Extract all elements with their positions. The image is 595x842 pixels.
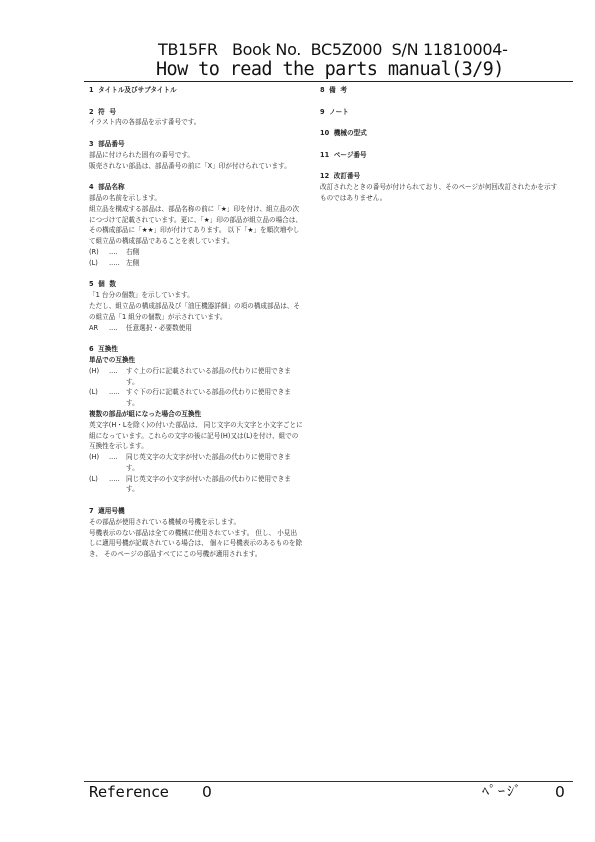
- section-1-title: 1 タイトル及びサブタイトル: [89, 85, 303, 96]
- section-5-entry-ar: AR .... 任意選択・必要数使用: [89, 323, 303, 334]
- entry-text: すぐ下の行に記載されている部品の代わりに使用できます。: [126, 387, 303, 409]
- section-3-text-2: 販売されない部品は、部品番号の前に「X」印が付けられています。: [89, 161, 303, 172]
- entry-dots: .....: [109, 387, 126, 409]
- header-divider: [84, 81, 573, 82]
- section-4-entry-r: (R) .... 右側: [89, 247, 303, 258]
- entry-text: 同じ英文字の大文字が付いた部品の代わりに使用できます。: [126, 452, 303, 474]
- entry-dots: ....: [109, 247, 126, 258]
- header-model-book-serial: TB15FR Book No. BC5Z000 S/N 11810004-: [158, 41, 508, 59]
- section-6-title: 6 互換性: [89, 344, 303, 355]
- entry-dots: ....: [109, 323, 126, 334]
- section-4-title: 4 部品名称: [89, 182, 303, 193]
- section-2-title: 2 符 号: [89, 107, 303, 118]
- section-6-entry-l: (L) ..... すぐ下の行に記載されている部品の代わりに使用できます。: [89, 387, 303, 409]
- section-6-set-entry-l: (L) ..... 同じ英文字の小文字が付いた部品の代わりに使用できます。: [89, 474, 303, 496]
- section-5-text-1: 「1 台分の個数」を示しています。: [89, 290, 303, 301]
- entry-text: 右側: [126, 247, 303, 258]
- entry-text: 同じ英文字の小文字が付いた部品の代わりに使用できます。: [126, 474, 303, 496]
- entry-key: (H): [89, 452, 109, 474]
- section-12-title: 12 改訂番号: [320, 171, 560, 182]
- section-6-entry-h: (H) .... すぐ上の行に記載されている部品の代わりに使用できます。: [89, 366, 303, 388]
- section-7-title: 7 適用号機: [89, 506, 303, 517]
- entry-key: (H): [89, 366, 109, 388]
- section-3-text-1: 部品に付けられた固有の番号です。: [89, 150, 303, 161]
- right-column: 8 備 考 9 ノート 10 機械の型式 11 ページ番号 12 改訂番号 改訂…: [320, 85, 560, 204]
- footer-page-value: 0: [555, 782, 565, 802]
- entry-dots: ....: [109, 452, 126, 474]
- entry-text: 左側: [126, 258, 303, 269]
- entry-key: (L): [89, 258, 109, 269]
- section-4-entry-l: (L) ..... 左側: [89, 258, 303, 269]
- footer-reference-label: Reference: [89, 782, 169, 802]
- footer-reference-value: 0: [202, 782, 212, 802]
- section-2-text: イラスト内の各部品を示す番号です。: [89, 117, 303, 128]
- section-5-title: 5 個 数: [89, 279, 303, 290]
- section-6-subtitle-single: 単品での互換性: [89, 355, 303, 366]
- entry-key: AR: [89, 323, 109, 334]
- entry-text: すぐ上の行に記載されている部品の代わりに使用できます。: [126, 366, 303, 388]
- footer-page-label: ﾍﾟｰｼﾞ: [482, 782, 523, 802]
- section-7-text-1: その部品が使用されている機械の号機を示します。: [89, 517, 303, 528]
- section-10-title: 10 機械の型式: [320, 128, 560, 139]
- section-12-text: 改訂されたときの番号が付けられており、そのページが何回改訂されたかを示すものでは…: [320, 182, 560, 204]
- entry-key: (R): [89, 247, 109, 258]
- entry-dots: .....: [109, 474, 126, 496]
- section-11-title: 11 ページ番号: [320, 150, 560, 161]
- section-6-subtitle-set: 複数の部品が組になった場合の互換性: [89, 409, 303, 420]
- section-6-text: 英文字(H・Lを除く)の付いた部品は、 同じ文字の大文字と小文字ごとに組になって…: [89, 420, 303, 452]
- section-9-title: 9 ノート: [320, 107, 560, 118]
- entry-key: (L): [89, 474, 109, 496]
- entry-dots: .....: [109, 258, 126, 269]
- section-6-set-entry-h: (H) .... 同じ英文字の大文字が付いた部品の代わりに使用できます。: [89, 452, 303, 474]
- section-4-text-1: 部品の名前を示します。: [89, 193, 303, 204]
- entry-text: 任意選択・必要数使用: [126, 323, 303, 334]
- left-column: 1 タイトル及びサブタイトル 2 符 号 イラスト内の各部品を示す番号です。 3…: [89, 85, 303, 560]
- section-5-text-2: ただし、組立品の構成部品及び「油圧機器詳細」の項の構成部品は、その組立品「1 組…: [89, 301, 303, 323]
- section-7-text-2: 号機表示のない部品は全ての機械に使用されています。 但し、 小見出しに適用号機が…: [89, 528, 303, 560]
- section-4-text-2: 組立品を構成する部品は、部品名称の前に「★」印を付け、組立品の次につづけて記載さ…: [89, 204, 303, 247]
- section-8-title: 8 備 考: [320, 85, 560, 96]
- section-3-title: 3 部品番号: [89, 139, 303, 150]
- page-title: How to read the parts manual(3/9): [156, 59, 504, 81]
- entry-key: (L): [89, 387, 109, 409]
- entry-dots: ....: [109, 366, 126, 388]
